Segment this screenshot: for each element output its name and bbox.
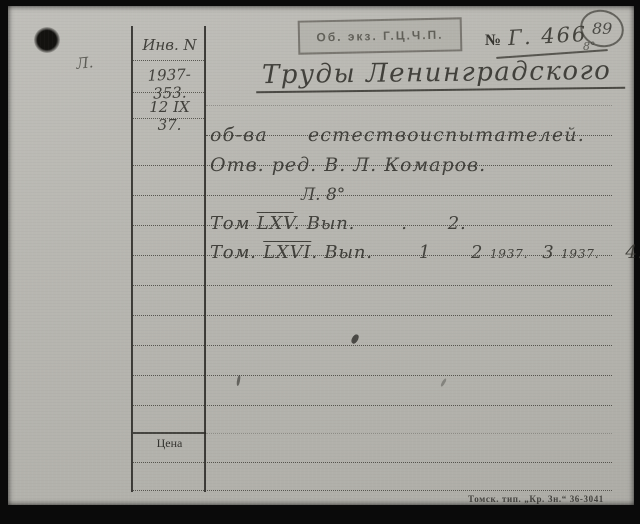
ruled-line [133, 345, 612, 346]
entry-society-line: об-ваестествоиспытателей. [210, 124, 585, 146]
vol2-issue-3: 3 [542, 242, 554, 263]
ruled-line [133, 375, 612, 376]
vol2-year-3: 1937. [561, 247, 599, 261]
column-left-line [131, 26, 133, 492]
vol2-issue-2: 2 [471, 242, 483, 263]
society-abbr: об-ва [210, 124, 268, 146]
inventory-date: 12 IX 37. [135, 98, 204, 134]
vol1-label: Том [210, 213, 250, 234]
vol2-label: Том. [210, 242, 257, 263]
ruled-line [133, 462, 612, 463]
inventory-label: Инв. N [135, 36, 204, 54]
entry-volume-line-1: Том LXV. Вып..2. [210, 213, 467, 234]
vol2-issue-label: . Вып. [311, 242, 372, 263]
vol2-issue-4: 4. [625, 242, 640, 263]
scanned-photo-background: Л. Об. экз. Г.Ц.Ч.П. № Г. 466 8° 89 [0, 0, 640, 524]
ink-speck [236, 375, 241, 386]
printer-imprint: Томск. тип. „Кр. Зн.“ 36-3041 [468, 494, 604, 504]
vol2-roman-numeral: LXVI [263, 242, 311, 263]
vol2-year-2: 1937. [490, 247, 528, 261]
library-stamp: Об. экз. Г.Ц.Ч.П. [298, 17, 463, 54]
number-sign: № [485, 32, 501, 50]
vol1-roman-numeral: LXV [257, 213, 294, 234]
library-stamp-text: Об. экз. Г.Ц.Ч.П. [316, 28, 443, 45]
ink-speck [350, 333, 360, 345]
registry-number: Г. 466 [507, 22, 587, 50]
ruled-line [133, 405, 612, 406]
vol2-issue-1: 1 [419, 242, 431, 263]
catalog-card-paper: Л. Об. экз. Г.Ц.Ч.П. № Г. 466 8° 89 [8, 6, 634, 505]
corner-number: 89 [592, 19, 612, 38]
ruled-line [133, 60, 206, 61]
entry-place-format: Л. 8° [301, 185, 345, 205]
hole-punch [34, 27, 60, 53]
ruled-line [133, 490, 612, 491]
ruled-line [133, 285, 612, 286]
vol1-issue-label: . Вып. [294, 213, 355, 234]
price-label: Цена [135, 436, 204, 451]
vol1-dot: . [401, 213, 408, 234]
owner-letter-mark: Л. [75, 53, 94, 73]
ruled-line [206, 433, 612, 434]
vol1-issue-number: 2. [448, 213, 467, 234]
ruled-line [133, 195, 612, 196]
society-name: естествоиспытателей. [308, 124, 585, 146]
ruled-line [206, 105, 612, 106]
entry-title: Труды Ленинградского [256, 56, 626, 94]
price-box-top-line [133, 432, 206, 434]
ruled-line [133, 315, 612, 316]
ink-speck [440, 378, 447, 387]
entry-volume-line-2: Том. LXVI. Вып.12 1937.3 1937.4. [210, 242, 640, 263]
entry-editor-line: Отв. ред. В. Л. Комаров. [210, 154, 486, 176]
